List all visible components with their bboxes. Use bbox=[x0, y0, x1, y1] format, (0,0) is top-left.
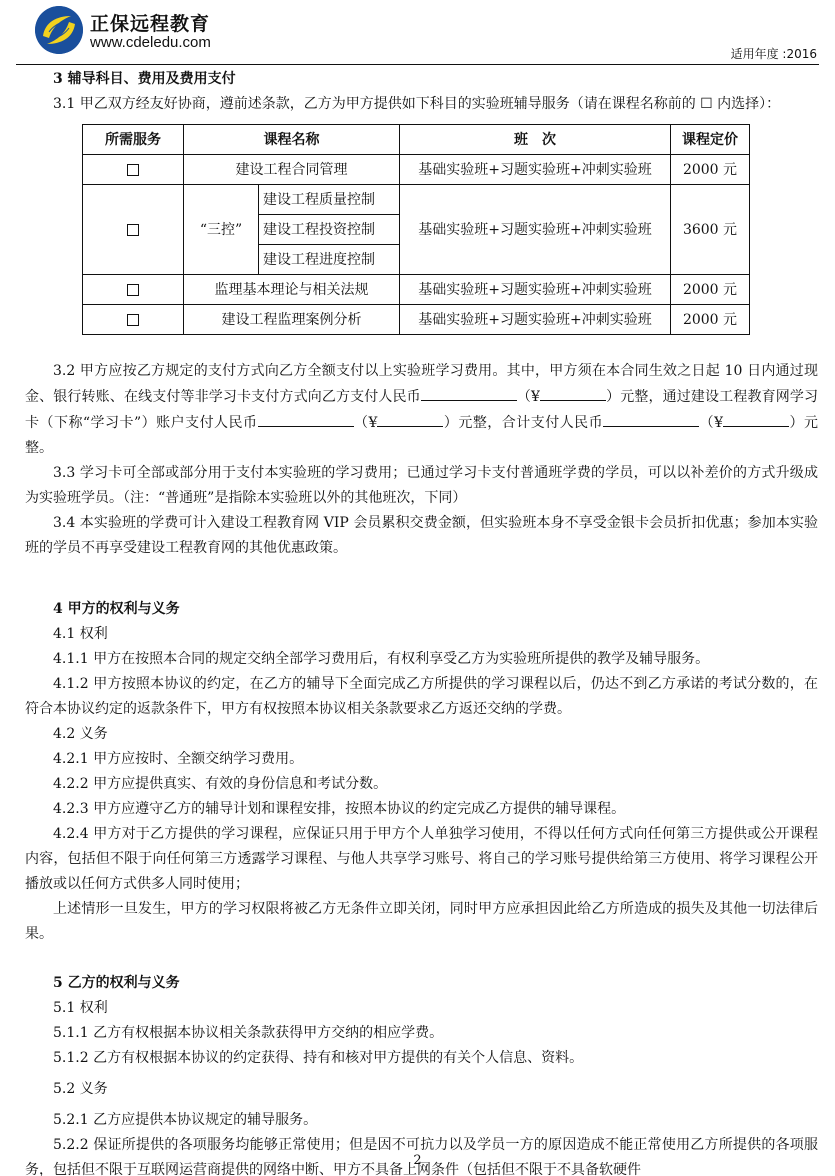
checkbox-icon[interactable] bbox=[127, 224, 139, 236]
course-table: 所需服务 课程名称 班 次 课程定价 建设工程合同管理 基础实验班+习题实验班+… bbox=[82, 124, 750, 335]
amount-card-field[interactable] bbox=[258, 410, 354, 427]
col-header-class: 班 次 bbox=[400, 125, 671, 155]
table-row: 建设工程监理案例分析 基础实验班+习题实验班+冲刺实验班 2000 元 bbox=[83, 305, 750, 335]
sub-course-name: 建设工程进度控制 bbox=[259, 245, 400, 275]
page-header: 正保远程教育 www.cdeledu.com 适用年度 :2016 bbox=[0, 0, 835, 66]
service-checkbox[interactable] bbox=[83, 305, 184, 335]
amount-cash-field[interactable] bbox=[421, 384, 517, 401]
class-name: 基础实验班+习题实验班+冲刺实验班 bbox=[400, 185, 671, 275]
service-checkbox[interactable] bbox=[83, 155, 184, 185]
class-name: 基础实验班+习题实验班+冲刺实验班 bbox=[400, 305, 671, 335]
clause-4-1-2: 4.1.2 甲方按照本协议的约定，在乙方的辅导下全面完成乙方所提供的学习课程以后… bbox=[25, 672, 818, 722]
clause-3-2: 3.2 甲方应按乙方规定的支付方式向乙方全额支付以上实验班学习费用。其中，甲方须… bbox=[25, 359, 818, 461]
clause-5-1: 5.1 权利 bbox=[25, 996, 818, 1021]
clause-4-1: 4.1 权利 bbox=[25, 622, 818, 647]
brand-name: 正保远程教育 bbox=[90, 9, 210, 36]
table-row: 监理基本理论与相关法规 基础实验班+习题实验班+冲刺实验班 2000 元 bbox=[83, 275, 750, 305]
amount-total-field[interactable] bbox=[603, 410, 699, 427]
section-4-title: 4 甲方的权利与义务 bbox=[25, 597, 818, 622]
clause-3-3: 3.3 学习卡可全部或部分用于支付本实验班的学习费用；已通过学习卡支付普通班学费… bbox=[25, 461, 818, 511]
course-group: “三控” bbox=[184, 185, 259, 275]
sub-course-name: 建设工程投资控制 bbox=[259, 215, 400, 245]
course-price: 2000 元 bbox=[671, 305, 750, 335]
col-header-course: 课程名称 bbox=[184, 125, 400, 155]
clause-3-4: 3.4 本实验班的学费可计入建设工程教育网 VIP 会员累积交费金额，但实验班本… bbox=[25, 511, 818, 561]
applicable-year: 适用年度 :2016 bbox=[731, 45, 817, 62]
clause-5-2: 5.2 义务 bbox=[25, 1077, 818, 1102]
table-row: “三控” 建设工程质量控制 基础实验班+习题实验班+冲刺实验班 3600 元 bbox=[83, 185, 750, 215]
sub-course-name: 建设工程质量控制 bbox=[259, 185, 400, 215]
document-body: 3 辅导科目、费用及费用支付 3.1 甲乙双方经友好协商，遵前述条款，乙方为甲方… bbox=[25, 67, 818, 1176]
checkbox-icon[interactable] bbox=[127, 314, 139, 326]
col-header-price: 课程定价 bbox=[671, 125, 750, 155]
class-name: 基础实验班+习题实验班+冲刺实验班 bbox=[400, 155, 671, 185]
section-3-title: 3 辅导科目、费用及费用支付 bbox=[25, 67, 818, 92]
course-name: 监理基本理论与相关法规 bbox=[184, 275, 400, 305]
section-5-title: 5 乙方的权利与义务 bbox=[25, 971, 818, 996]
brand-url: www.cdeledu.com bbox=[90, 34, 211, 51]
table-row: 建设工程合同管理 基础实验班+习题实验班+冲刺实验班 2000 元 bbox=[83, 155, 750, 185]
course-name: 建设工程监理案例分析 bbox=[184, 305, 400, 335]
checkbox-icon[interactable] bbox=[127, 164, 139, 176]
class-name: 基础实验班+习题实验班+冲刺实验班 bbox=[400, 275, 671, 305]
header-divider bbox=[16, 64, 819, 65]
amount-card-yen-field[interactable] bbox=[377, 410, 443, 427]
amount-total-yen-field[interactable] bbox=[723, 410, 789, 427]
clause-5-1-1: 5.1.1 乙方有权根据本协议相关条款获得甲方交纳的相应学费。 bbox=[25, 1021, 818, 1046]
clause-5-2-1: 5.2.1 乙方应提供本协议规定的辅导服务。 bbox=[25, 1108, 818, 1133]
col-header-service: 所需服务 bbox=[83, 125, 184, 155]
clause-3-1: 3.1 甲乙双方经友好协商，遵前述条款，乙方为甲方提供如下科目的实验班辅导服务（… bbox=[25, 92, 818, 117]
clause-4-2-4-consequence: 上述情形一旦发生，甲方的学习权限将被乙方无条件立即关闭，同时甲方应承担因此给乙方… bbox=[25, 897, 818, 947]
amount-cash-yen-field[interactable] bbox=[540, 384, 606, 401]
clause-4-2-1: 4.2.1 甲方应按时、全额交纳学习费用。 bbox=[25, 747, 818, 772]
zhengbao-logo-icon bbox=[35, 6, 83, 54]
page-number: 2 bbox=[0, 1153, 835, 1168]
checkbox-icon[interactable] bbox=[127, 284, 139, 296]
clause-4-2-3: 4.2.3 甲方应遵守乙方的辅导计划和课程安排，按照本协议的约定完成乙方提供的辅… bbox=[25, 797, 818, 822]
clause-5-1-2: 5.1.2 乙方有权根据本协议的约定获得、持有和核对甲方提供的有关个人信息、资料… bbox=[25, 1046, 818, 1071]
course-price: 3600 元 bbox=[671, 185, 750, 275]
clause-4-1-1: 4.1.1 甲方在按照本合同的规定交纳全部学习费用后，有权利享受乙方为实验班所提… bbox=[25, 647, 818, 672]
course-price: 2000 元 bbox=[671, 155, 750, 185]
table-header-row: 所需服务 课程名称 班 次 课程定价 bbox=[83, 125, 750, 155]
service-checkbox[interactable] bbox=[83, 185, 184, 275]
clause-4-2-2: 4.2.2 甲方应提供真实、有效的身份信息和考试分数。 bbox=[25, 772, 818, 797]
clause-4-2: 4.2 义务 bbox=[25, 722, 818, 747]
course-name: 建设工程合同管理 bbox=[184, 155, 400, 185]
clause-4-2-4: 4.2.4 甲方对于乙方提供的学习课程，应保证只用于甲方个人单独学习使用，不得以… bbox=[25, 822, 818, 897]
course-price: 2000 元 bbox=[671, 275, 750, 305]
service-checkbox[interactable] bbox=[83, 275, 184, 305]
